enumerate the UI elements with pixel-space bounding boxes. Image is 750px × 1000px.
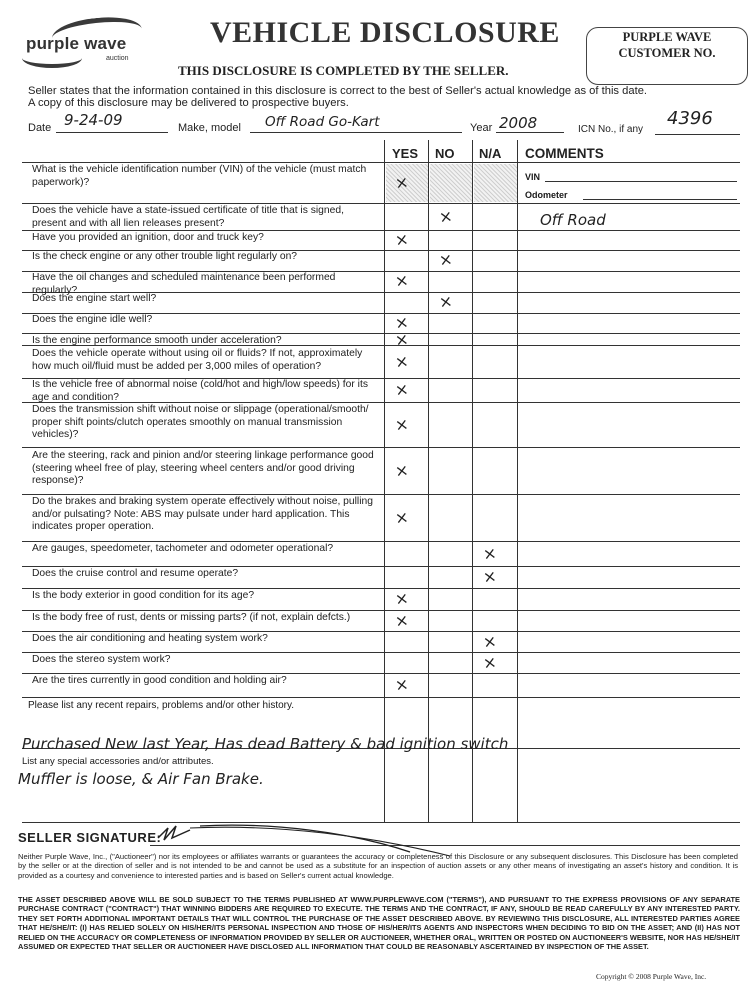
comment-field[interactable] bbox=[520, 347, 738, 376]
icn-field[interactable]: 4396 bbox=[667, 108, 713, 129]
checkmark-x-icon: × bbox=[394, 588, 410, 609]
icn-underline bbox=[655, 134, 740, 135]
page-title: VEHICLE DISCLOSURE bbox=[210, 16, 560, 50]
odometer-label: Odometer bbox=[525, 190, 568, 200]
answer-cell-na[interactable] bbox=[474, 589, 516, 609]
comment-field[interactable] bbox=[520, 542, 738, 565]
answer-cell-no[interactable] bbox=[430, 632, 471, 651]
question-text: Does the cruise control and resume opera… bbox=[32, 568, 377, 581]
history-field[interactable]: Purchased New last Year, Has dead Batter… bbox=[22, 735, 508, 753]
question-text: Does the transmission shift without nois… bbox=[32, 404, 377, 442]
answer-cell-na[interactable] bbox=[474, 403, 516, 447]
date-underline bbox=[56, 132, 168, 133]
date-field[interactable]: 9-24-09 bbox=[64, 111, 123, 129]
page-subtitle: THIS DISCLOSURE IS COMPLETED BY THE SELL… bbox=[178, 63, 509, 79]
comment-field[interactable] bbox=[520, 449, 738, 493]
vin-label: VIN bbox=[525, 172, 540, 182]
answer-cell-na[interactable] bbox=[474, 250, 516, 269]
answer-cell-no[interactable] bbox=[430, 378, 471, 401]
answer-cell-na[interactable] bbox=[474, 449, 516, 493]
intro-line-2: A copy of this disclosure may be deliver… bbox=[28, 97, 647, 109]
odometer-field[interactable] bbox=[583, 199, 737, 200]
answer-cell-no[interactable] bbox=[430, 611, 471, 630]
customer-box-line2: CUSTOMER NO. bbox=[587, 46, 747, 60]
comment-field[interactable]: Off Road bbox=[540, 211, 606, 229]
answer-cell-na[interactable] bbox=[474, 163, 516, 202]
purple-wave-logo: purple wave auction bbox=[22, 18, 142, 66]
comment-field[interactable] bbox=[520, 271, 738, 290]
checkmark-x-icon: × bbox=[394, 351, 410, 372]
answer-cell-yes[interactable] bbox=[386, 632, 427, 651]
year-underline bbox=[496, 132, 564, 133]
make-model-label: Make, model bbox=[178, 122, 241, 134]
column-header-na: N/A bbox=[479, 146, 501, 161]
history-label: Please list any recent repairs, problems… bbox=[28, 700, 294, 711]
comment-field[interactable] bbox=[520, 292, 738, 311]
question-text: Does the vehicle operate without using o… bbox=[32, 348, 377, 373]
terms-text: The asset described above will be sold s… bbox=[18, 895, 740, 951]
question-text: Does the vehicle have a state-issued cer… bbox=[32, 205, 377, 230]
question-text: Does the engine start well? bbox=[32, 293, 377, 306]
comment-field[interactable] bbox=[520, 250, 738, 269]
make-model-field[interactable]: Off Road Go-Kart bbox=[265, 114, 380, 130]
checkmark-x-icon: × bbox=[482, 652, 498, 673]
comment-field[interactable] bbox=[520, 653, 738, 672]
disclaimer-text: Neither Purple Wave, Inc., ("Auctioneer"… bbox=[18, 852, 738, 880]
question-text: Are the tires currently in good conditio… bbox=[32, 675, 377, 688]
answer-cell-yes[interactable] bbox=[386, 250, 427, 269]
answer-cell-na[interactable] bbox=[474, 204, 516, 229]
question-text: Does the stereo system work? bbox=[32, 654, 377, 667]
question-text: Have you provided an ignition, door and … bbox=[32, 232, 377, 245]
accessories-field[interactable]: Muffler is loose, & Air Fan Brake. bbox=[18, 770, 264, 788]
question-text: Is the check engine or any other trouble… bbox=[32, 251, 377, 264]
answer-cell-no[interactable] bbox=[430, 653, 471, 672]
comment-field[interactable] bbox=[520, 334, 738, 345]
answer-cell-na[interactable] bbox=[474, 674, 516, 696]
comment-field[interactable] bbox=[520, 495, 738, 540]
question-text: Are the steering, rack and pinion and/or… bbox=[32, 450, 377, 488]
checkmark-x-icon: × bbox=[394, 379, 410, 400]
question-text: Does the engine idle well? bbox=[32, 314, 377, 327]
question-text: Are gauges, speedometer, tachometer and … bbox=[32, 543, 377, 556]
comment-field[interactable] bbox=[520, 567, 738, 587]
answer-cell-no[interactable] bbox=[430, 403, 471, 447]
comment-field[interactable] bbox=[520, 313, 738, 332]
checkmark-x-icon: × bbox=[482, 631, 498, 652]
customer-number-box[interactable]: PURPLE WAVE CUSTOMER NO. bbox=[586, 27, 748, 85]
answer-cell-na[interactable] bbox=[474, 271, 516, 290]
copyright-text: Copyright © 2008 Purple Wave, Inc. bbox=[596, 972, 706, 981]
column-header-yes: YES bbox=[392, 146, 418, 161]
answer-cell-yes[interactable] bbox=[386, 567, 427, 587]
checkmark-x-icon: × bbox=[394, 172, 410, 193]
answer-cell-na[interactable] bbox=[474, 292, 516, 311]
table-row-divider bbox=[22, 447, 740, 448]
make-model-underline bbox=[250, 132, 462, 133]
table-column-divider bbox=[428, 140, 429, 822]
answer-cell-na[interactable] bbox=[474, 378, 516, 401]
answer-cell-no[interactable] bbox=[430, 495, 471, 540]
answer-cell-na[interactable] bbox=[474, 495, 516, 540]
table-row-divider bbox=[22, 203, 740, 204]
answer-cell-no[interactable] bbox=[430, 271, 471, 290]
intro-line-1: Seller states that the information conta… bbox=[28, 85, 647, 97]
answer-cell-yes[interactable] bbox=[386, 653, 427, 672]
comment-field[interactable] bbox=[520, 231, 738, 248]
comment-field[interactable] bbox=[520, 589, 738, 609]
column-header-no: NO bbox=[435, 146, 455, 161]
answer-cell-no[interactable] bbox=[430, 589, 471, 609]
checkmark-x-icon: × bbox=[394, 270, 410, 291]
answer-cell-yes[interactable] bbox=[386, 204, 427, 229]
table-column-divider bbox=[517, 140, 518, 822]
checkmark-x-icon: × bbox=[482, 543, 498, 564]
answer-cell-na[interactable] bbox=[474, 334, 516, 345]
comment-field[interactable] bbox=[520, 674, 738, 696]
accessories-label: List any special accessories and/or attr… bbox=[22, 756, 214, 767]
comment-field[interactable] bbox=[520, 632, 738, 651]
year-field[interactable]: 2008 bbox=[499, 114, 537, 132]
icn-label: ICN No., if any bbox=[578, 124, 643, 135]
answer-cell-yes[interactable] bbox=[386, 292, 427, 311]
year-label: Year bbox=[470, 122, 492, 134]
answer-cell-no[interactable] bbox=[430, 347, 471, 376]
table-column-divider bbox=[472, 140, 473, 822]
checkmark-x-icon: × bbox=[394, 460, 410, 481]
customer-box-line1: PURPLE WAVE bbox=[587, 30, 747, 44]
answer-cell-na[interactable] bbox=[474, 347, 516, 376]
question-text: What is the vehicle identification numbe… bbox=[32, 164, 377, 189]
answer-cell-no[interactable] bbox=[430, 674, 471, 696]
logo-name: purple wave bbox=[26, 34, 126, 54]
table-row-divider bbox=[22, 697, 740, 698]
answer-cell-yes[interactable] bbox=[386, 542, 427, 565]
checkmark-x-icon: × bbox=[394, 229, 410, 250]
logo-sub: auction bbox=[106, 55, 129, 62]
question-text: Is the body free of rust, dents or missi… bbox=[32, 612, 377, 625]
checkmark-x-icon: × bbox=[438, 206, 454, 227]
seller-signature-label: SELLER SIGNATURE: bbox=[18, 830, 161, 845]
checkmark-x-icon: × bbox=[394, 507, 410, 528]
date-label: Date bbox=[28, 122, 51, 134]
answer-cell-no[interactable] bbox=[430, 542, 471, 565]
answer-cell-na[interactable] bbox=[474, 231, 516, 248]
checkmark-x-icon: × bbox=[438, 291, 454, 312]
checkmark-x-icon: × bbox=[438, 249, 454, 270]
question-text: Is the body exterior in good condition f… bbox=[32, 590, 377, 603]
checkmark-x-icon: × bbox=[482, 566, 498, 587]
vin-field[interactable] bbox=[545, 181, 737, 182]
comment-field[interactable] bbox=[520, 403, 738, 447]
answer-cell-no[interactable] bbox=[430, 449, 471, 493]
answer-cell-no[interactable] bbox=[430, 163, 471, 202]
answer-cell-no[interactable] bbox=[430, 313, 471, 332]
answer-cell-no[interactable] bbox=[430, 334, 471, 345]
answer-cell-no[interactable] bbox=[430, 567, 471, 587]
answer-cell-no[interactable] bbox=[430, 231, 471, 248]
table-row-divider bbox=[22, 162, 740, 163]
checkmark-x-icon: × bbox=[394, 674, 410, 695]
checkmark-x-icon: × bbox=[394, 610, 410, 631]
question-text: Is the vehicle free of abnormal noise (c… bbox=[32, 379, 377, 404]
answer-cell-na[interactable] bbox=[474, 611, 516, 630]
answer-cell-na[interactable] bbox=[474, 313, 516, 332]
question-text: Does the air conditioning and heating sy… bbox=[32, 633, 377, 646]
comment-field[interactable] bbox=[520, 611, 738, 630]
table-column-divider bbox=[384, 140, 385, 822]
question-text: Is the engine performance smooth under a… bbox=[32, 335, 377, 348]
column-header-comments: COMMENTS bbox=[525, 146, 604, 161]
intro-text: Seller states that the information conta… bbox=[28, 85, 647, 109]
checkmark-x-icon: × bbox=[394, 414, 410, 435]
comment-field[interactable] bbox=[520, 378, 738, 401]
question-text: Do the brakes and braking system operate… bbox=[32, 496, 377, 534]
